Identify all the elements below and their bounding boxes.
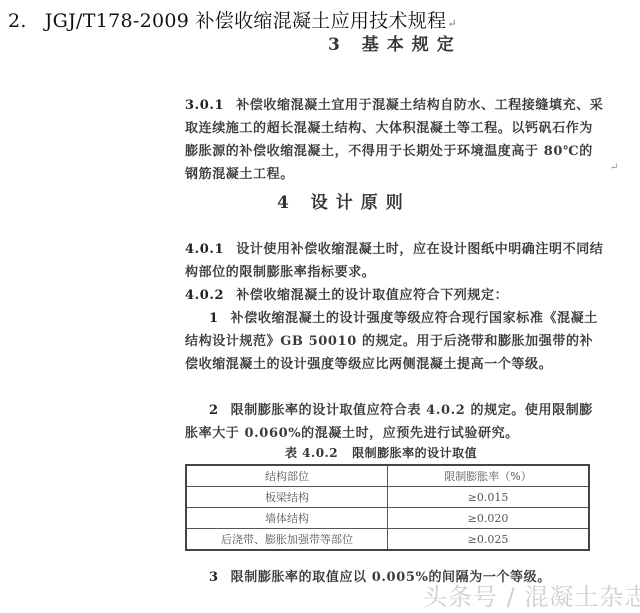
table-cell: ≥0.020 — [388, 508, 590, 529]
clause-4-0-1: 4.0.1设计使用补偿收缩混凝土时，应在设计图纸中明确注明不同结构部位的限制膨胀… — [185, 238, 605, 284]
item-number: 2 — [209, 403, 219, 418]
clause-number: 3.0.1 — [185, 98, 224, 113]
table-cell: 后浇带、膨胀加强带等部位 — [186, 529, 388, 551]
watermark: 头条号 / 混凝土杂志 — [423, 577, 640, 612]
table-row: 墙体结构 ≥0.020 — [186, 508, 589, 529]
table-title: 限制膨胀率的设计取值 — [352, 446, 477, 460]
table-number: 表 4.0.2 — [285, 446, 338, 460]
table-header-row: 结构部位 限制膨胀率（%） — [186, 465, 589, 487]
clause-3-0-1: 3.0.1补偿收缩混凝土宜用于混凝土结构自防水、工程接缝填充、采取连续施工的超长… — [185, 94, 605, 186]
clause-number: 4.0.2 — [185, 288, 224, 303]
expansion-rate-table: 结构部位 限制膨胀率（%） 板梁结构 ≥0.015 墙体结构 ≥0.020 后浇… — [185, 464, 590, 551]
column-header: 结构部位 — [186, 465, 388, 487]
table-row: 板梁结构 ≥0.015 — [186, 487, 589, 508]
table-cell: ≥0.025 — [388, 529, 590, 551]
table-cell: ≥0.015 — [388, 487, 590, 508]
clause-4-0-2-item-1: 1补偿收缩混凝土的设计强度等级应符合现行国家标准《混凝土结构设计规范》GB 50… — [185, 307, 605, 376]
scanned-page: 3 基本规定 3.0.1补偿收缩混凝土宜用于混凝土结构自防水、工程接缝填充、采取… — [185, 26, 625, 613]
section-heading-3: 3 基本规定 — [328, 30, 462, 55]
clause-text: 补偿收缩混凝土的设计取值应符合下列规定： — [236, 288, 508, 303]
clause-4-0-2: 4.0.2补偿收缩混凝土的设计取值应符合下列规定： — [185, 284, 605, 307]
clause-4-0-2-item-2: 2限制膨胀率的设计取值应符合表 4.0.2 的规定。使用限制膨胀率大于 0.06… — [185, 399, 605, 445]
title-number: 2. — [8, 10, 27, 32]
clause-text: 补偿收缩混凝土宜用于混凝土结构自防水、工程接缝填充、采取连续施工的超长混凝土结构… — [185, 98, 603, 182]
clause-number: 4.0.1 — [185, 242, 224, 257]
table-caption: 表 4.0.2限制膨胀率的设计取值 — [285, 444, 477, 461]
table-cell: 板梁结构 — [186, 487, 388, 508]
item-text: 补偿收缩混凝土的设计强度等级应符合现行国家标准《混凝土结构设计规范》GB 500… — [185, 311, 598, 372]
item-number: 1 — [209, 311, 219, 326]
item-number: 3 — [209, 570, 219, 585]
return-mark: ↵ — [610, 162, 618, 173]
item-text: 限制膨胀率的设计取值应符合表 4.0.2 的规定。使用限制膨胀率大于 0.060… — [185, 403, 593, 441]
section-heading-4: 4 设计原则 — [277, 188, 411, 213]
clause-text: 设计使用补偿收缩混凝土时，应在设计图纸中明确注明不同结构部位的限制膨胀率指标要求… — [185, 242, 603, 280]
table-cell: 墙体结构 — [186, 508, 388, 529]
table-row: 后浇带、膨胀加强带等部位 ≥0.025 — [186, 529, 589, 551]
column-header: 限制膨胀率（%） — [388, 465, 590, 487]
